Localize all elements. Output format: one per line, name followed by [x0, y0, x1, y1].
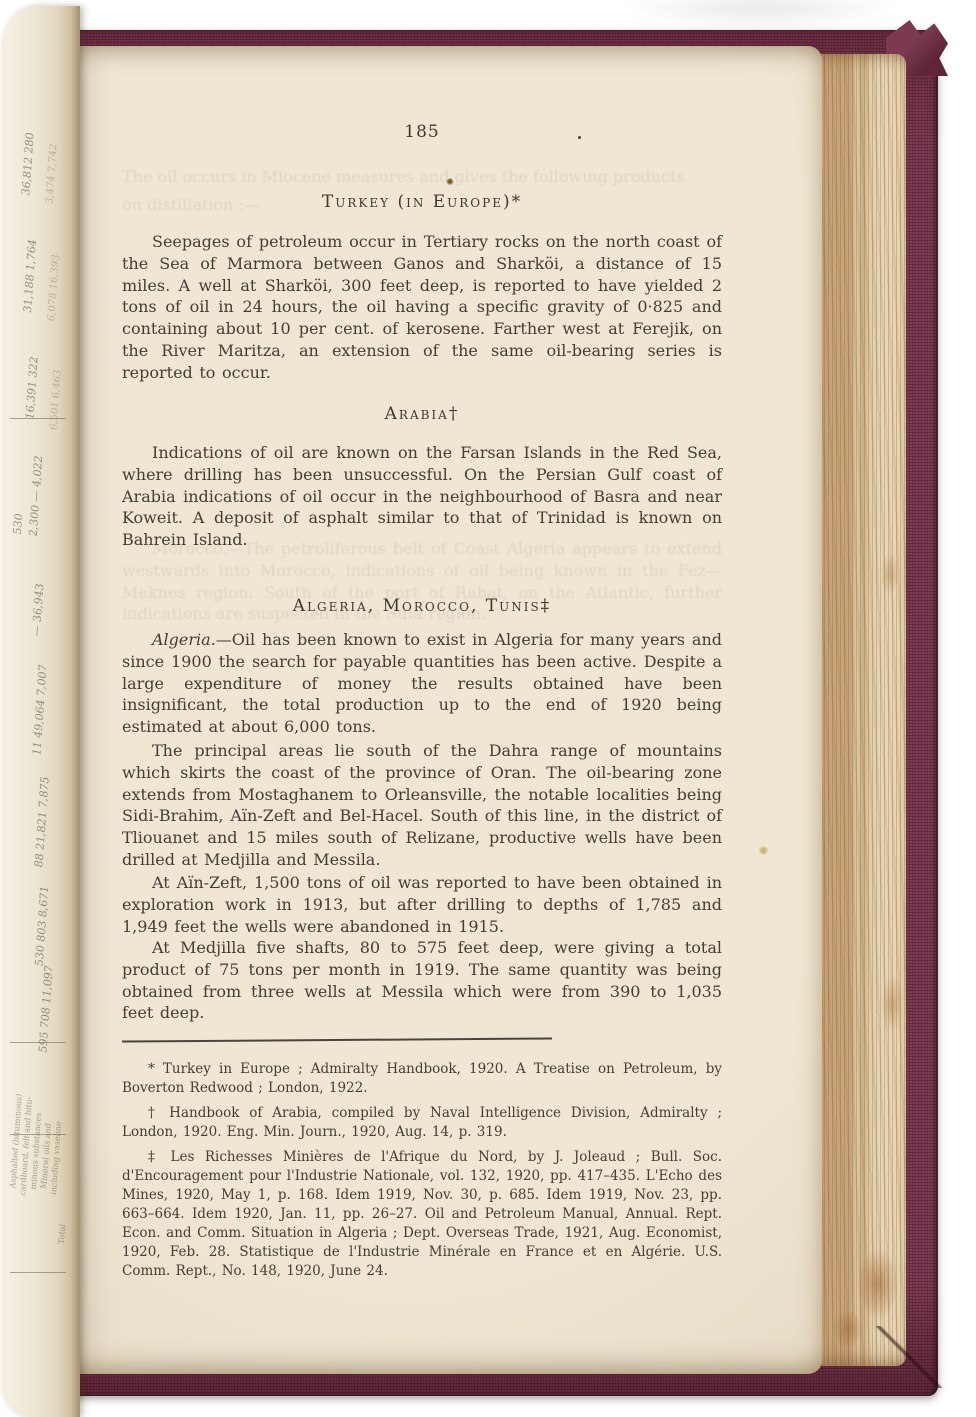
body-paragraph: Seepages of petroleum occur in Tertiary … [122, 231, 722, 384]
rotated-table-number: — 36,943 [30, 582, 47, 638]
table-rule [10, 1134, 66, 1135]
page-block-fore-edge [820, 54, 906, 1366]
rotated-table-number: 31,188 1,764 [21, 238, 39, 314]
section-heading-algeria-morocco-tunis: Algeria, Morocco, Tunis‡ [122, 596, 722, 616]
italic-lead-word: Algeria. [152, 630, 216, 649]
body-paragraph: At Medjilla five shafts, 80 to 575 feet … [122, 937, 722, 1024]
footnote-rule [122, 1037, 552, 1042]
rotated-table-number: 6,078 16,393 [46, 254, 62, 323]
foxing-spot [758, 846, 769, 855]
foxing-spot [446, 178, 454, 185]
section-heading-turkey: Turkey (in Europe)* [122, 192, 722, 212]
footnote: * Turkey in Europe ; Admiralty Handbook,… [122, 1060, 722, 1098]
body-paragraph: Indications of oil are known on the Fars… [122, 442, 722, 551]
table-rule [10, 1272, 66, 1273]
page-number: 185 [122, 122, 722, 142]
book-photo: The oil occurs in Miocene measures and g… [0, 0, 976, 1417]
rotated-table-label: Total [57, 1223, 67, 1245]
rotated-table-number: 3,474 7,742 [44, 143, 59, 206]
book-page: The oil occurs in Miocene measures and g… [60, 46, 822, 1374]
rotated-table-number: 11 49,064 7,007 [30, 663, 49, 756]
table-rule [10, 418, 66, 419]
rotated-table-number: 530 803 8,671 [33, 884, 51, 967]
section-heading-arabia: Arabia† [122, 404, 722, 424]
ink-speck [578, 136, 581, 139]
show-through-text: The oil occurs in Miocene measures and g… [122, 166, 722, 188]
rotated-table-number: 595 708 11,097 [37, 964, 56, 1054]
rotated-table-number: 16,391 322 [23, 355, 40, 421]
rotated-table-number: 530 [11, 512, 25, 536]
table-rule [10, 1042, 66, 1043]
footnote: ‡ Les Richesses Minières de l'Afrique du… [122, 1148, 722, 1281]
cover-corner-seam [876, 1326, 942, 1388]
rotated-table-number: 36,812 280 [19, 131, 36, 197]
body-paragraph: Algeria.—Oil has been known to exist in … [122, 629, 722, 738]
rotated-table-number: 6,501 6,463 [48, 369, 63, 432]
body-paragraph: The principal areas lie south of the Dah… [122, 740, 722, 871]
previous-page-edge: 36,812 280 3,474 7,742 31,188 1,764 6,07… [2, 6, 80, 1417]
rotated-table-number: 88 21,821 7,875 [32, 775, 51, 868]
body-paragraph: At Aïn-Zeft, 1,500 tons of oil was repor… [122, 872, 722, 937]
rotated-table-number: 2,300 — 4,022 [27, 454, 45, 538]
footnote: † Handbook of Arabia, compiled by Naval … [122, 1104, 722, 1142]
